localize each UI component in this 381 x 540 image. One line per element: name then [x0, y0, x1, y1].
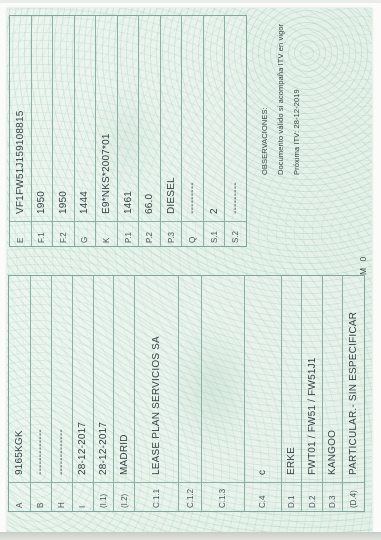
- field-label: I: [73, 482, 93, 511]
- field-row-c11: C.1.1LEASE PLAN SERVICIOS SA: [134, 276, 178, 511]
- field-value: ---------: [187, 182, 198, 221]
- registration-fields-table: A9165KGK B------------- H------------- I…: [8, 275, 365, 512]
- field-value: VF1FW51J159108815: [15, 111, 26, 221]
- observaciones-validity: Documento válido si acompaña ITV en vigo…: [273, 24, 289, 175]
- field-row-d4: (D.4)PARTICULAR.- SIN ESPECIFICAR: [342, 276, 364, 511]
- field-value: MADRID: [119, 434, 130, 482]
- field-label: S.2: [225, 221, 246, 246]
- observaciones-next-itv: Próxima ITV: 28-12-2019: [289, 24, 305, 175]
- field-row-c13: C.1.3: [201, 276, 244, 511]
- field-label: (D.4): [343, 482, 364, 511]
- field-row-h: H-------------: [51, 276, 72, 511]
- technical-fields-table: EVF1FW51J159108815 F.11950 F.21950 G1444…: [9, 15, 247, 247]
- field-value: ERKE: [286, 447, 297, 482]
- field-label: A: [9, 482, 30, 511]
- field-row-q: Q---------: [181, 16, 203, 246]
- marginal-code: M 0: [358, 255, 368, 275]
- field-row-k: KE9*NKS*2007*01: [95, 16, 117, 246]
- field-label: F.2: [53, 221, 74, 246]
- field-row-i2: (I.2)MADRID: [113, 276, 134, 511]
- field-value: 1950: [36, 191, 47, 221]
- field-label: P.1: [118, 221, 139, 246]
- field-value: E9*NKS*2007*01: [101, 133, 112, 221]
- field-label: D.2: [302, 482, 322, 511]
- field-label: C.1.1: [135, 482, 178, 511]
- field-row-p3: P.3DIESEL: [160, 16, 182, 246]
- field-value: ---------: [230, 182, 241, 221]
- field-value: 66.0: [144, 194, 155, 221]
- field-row-i: I28-12-2017: [72, 276, 93, 511]
- field-value: c: [257, 470, 268, 482]
- field-row-i1: (I.1)28-12-2017: [93, 276, 114, 511]
- field-row-d1: D.1ERKE: [281, 276, 302, 511]
- field-row-g: G1444: [74, 16, 96, 246]
- field-value: FWT01 / FW51 / FW51J1: [307, 357, 318, 482]
- field-label: K: [96, 221, 117, 246]
- field-label: (I.2): [114, 482, 134, 511]
- field-value: 2: [209, 208, 220, 221]
- field-label: E: [10, 221, 31, 246]
- field-value: PARTICULAR.- SIN ESPECIFICAR: [348, 312, 359, 482]
- field-value: 1461: [123, 191, 134, 221]
- field-row-p1: P.11461: [117, 16, 139, 246]
- field-row-d3: D.3KANGOO: [322, 276, 342, 511]
- field-row-c12: C.1.2: [178, 276, 201, 511]
- scanned-page: A9165KGK B------------- H------------- I…: [0, 0, 381, 540]
- field-label: H: [52, 482, 72, 511]
- field-label: F.1: [32, 221, 53, 246]
- field-row-f1: F.11950: [31, 16, 53, 246]
- field-row-p2: P.266.0: [138, 16, 160, 246]
- observaciones-block: OBSERVACIONES: Documento válido si acomp…: [257, 24, 305, 175]
- field-value: LEASE PLAN SERVICIOS SA: [151, 336, 162, 482]
- vehicle-registration-card: A9165KGK B------------- H------------- I…: [7, 8, 372, 533]
- field-value: 1444: [79, 191, 90, 221]
- field-value: DIESEL: [166, 177, 177, 221]
- field-value: 28-12-2017: [98, 422, 109, 482]
- field-row-s1: S.12: [203, 16, 225, 246]
- field-label: C.1.2: [179, 482, 201, 511]
- field-label: C.1.3: [202, 482, 244, 511]
- field-value: 28-12-2017: [77, 422, 88, 482]
- field-value: -------------: [35, 429, 46, 482]
- field-label: G: [75, 221, 96, 246]
- field-value: 9165KGK: [14, 430, 25, 482]
- field-row-d2: D.2FWT01 / FW51 / FW51J1: [301, 276, 322, 511]
- field-row-c4: C.4c: [244, 276, 281, 511]
- field-label: S.1: [204, 221, 225, 246]
- field-label: P.3: [161, 221, 182, 246]
- field-row-a: A9165KGK: [9, 276, 30, 511]
- field-label: B: [31, 482, 51, 511]
- observaciones-heading: OBSERVACIONES:: [257, 24, 273, 175]
- field-label: D.3: [323, 482, 342, 511]
- field-value: 1950: [58, 191, 69, 221]
- field-label: Q: [182, 221, 203, 246]
- field-row-f2: F.21950: [52, 16, 74, 246]
- field-label: P.2: [139, 221, 160, 246]
- field-label: D.1: [282, 482, 302, 511]
- field-row-e: EVF1FW51J159108815: [10, 16, 31, 246]
- field-row-b: B-------------: [30, 276, 51, 511]
- field-value: KANGOO: [327, 430, 338, 482]
- field-label: (I.1): [94, 482, 114, 511]
- field-row-s2: S.2---------: [224, 16, 246, 246]
- field-label: C.4: [245, 482, 281, 511]
- field-value: -------------: [56, 429, 67, 482]
